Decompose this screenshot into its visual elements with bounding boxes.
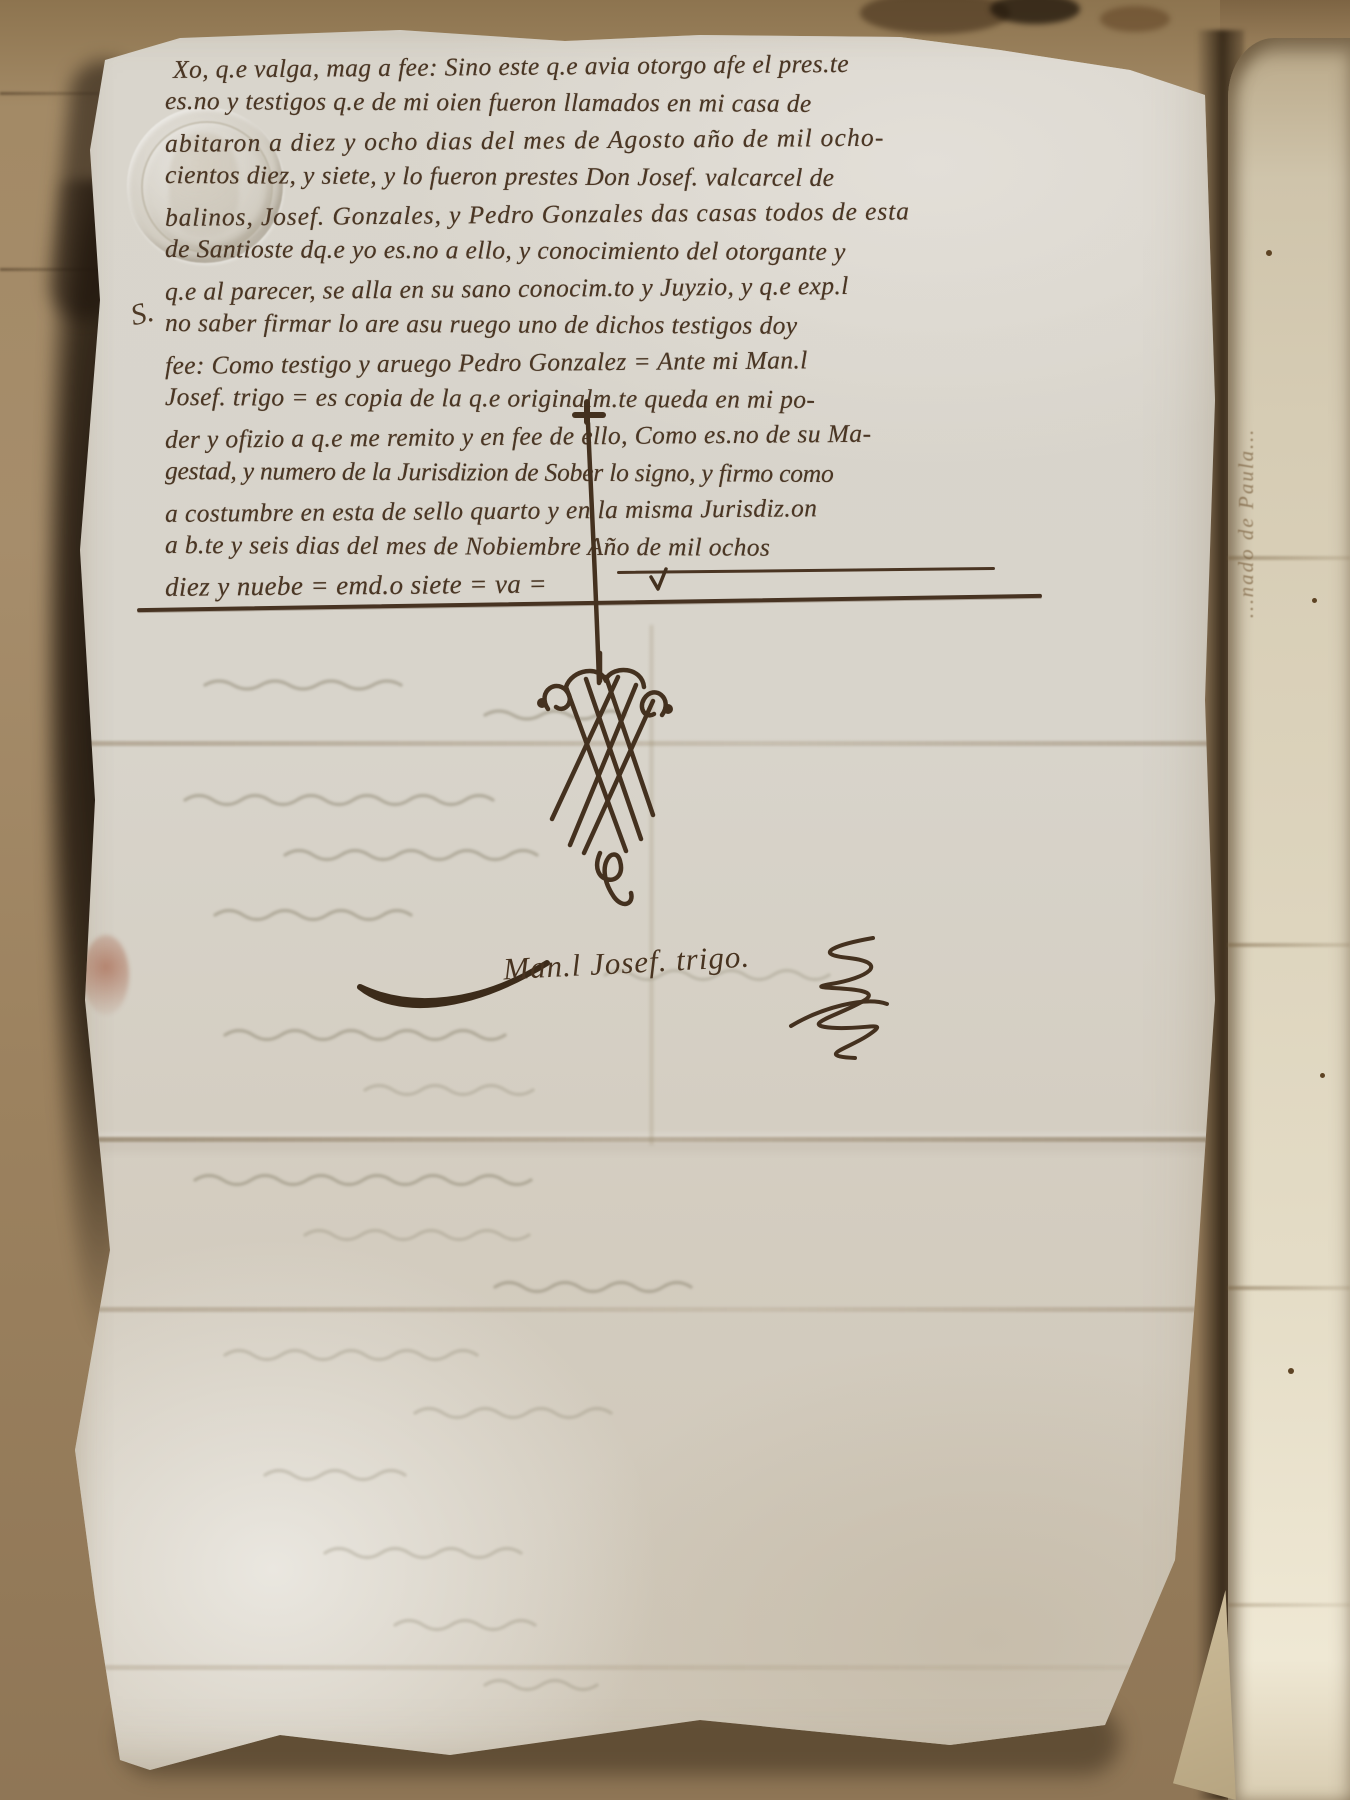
manuscript-line: Josef. trigo = es copia de la q.e origin… [165,378,1060,419]
bundle-fold-line [1228,1603,1350,1607]
fold-crease [65,1665,1220,1670]
fold-crease [65,741,1220,746]
manuscript-line: der y ofizio a q.e me remito y en fee de… [165,413,1060,458]
manuscript-line: q.e al parecer, se alla en su sano conoc… [165,265,1060,310]
manuscript-line: fee: Como testigo y aruego Pedro Gonzale… [165,339,1060,384]
manuscript-line: no saber firmar lo are asu ruego uno de … [165,304,1060,345]
signature-rubric [791,938,887,1058]
fold-crease [65,1137,1220,1142]
manuscript-line: a costumbre en esta de sello quarto y en… [165,487,1060,532]
manuscript-line: Xo, q.e valga, mag a fee: Sino este q.e … [165,43,1060,88]
show-through-text [185,681,829,1690]
photo-of-manuscript: …nado de Paula… S. Xo, q.e valga, mag a … [0,0,1350,1800]
fold-crease [65,1307,1220,1312]
manuscript-line: gestad, y numero de la Jurisdizion de So… [165,452,1060,493]
manuscript-page: S. Xo, q.e valga, mag a fee: Sino este q… [65,25,1220,1780]
manuscript-line: de Santioste dq.e yo es.no a ello, y con… [165,230,1060,271]
signature-name: Man.l Josef. trigo. [502,939,751,988]
manuscript-line: balinos, Josef. Gonzales, y Pedro Gonzal… [165,191,1060,236]
side-page-vertical-text: …nado de Paula… [1234,198,1259,618]
ink-speck [1266,250,1272,256]
manuscript-line: es.no y testigos q.e de mi oien fueron l… [165,82,1060,123]
margin-mark: S. [127,295,157,333]
manuscript-line: cientos diez, y siete, y lo fueron prest… [165,156,1060,197]
cardboard-stain [860,0,1010,34]
manuscript-text-block: Xo, q.e valga, mag a fee: Sino este q.e … [165,47,1060,602]
red-stain [83,935,129,1015]
cardboard-stain [1100,6,1170,32]
ink-speck [1312,598,1317,603]
manuscript-line: abitaron a diez y ocho dias del mes de A… [165,117,1060,162]
manuscript-line: a b.te y seis dias del mes de Nobiembre … [165,526,1060,567]
ink-speck [1288,1368,1294,1374]
ink-speck [1320,1073,1325,1078]
folded-documents-right: …nado de Paula… [1228,38,1350,1800]
bundle-fold-line [1228,556,1350,560]
bundle-fold-line [1228,1286,1350,1290]
vertical-crease [650,625,653,1145]
bundle-fold-line [1228,943,1350,947]
